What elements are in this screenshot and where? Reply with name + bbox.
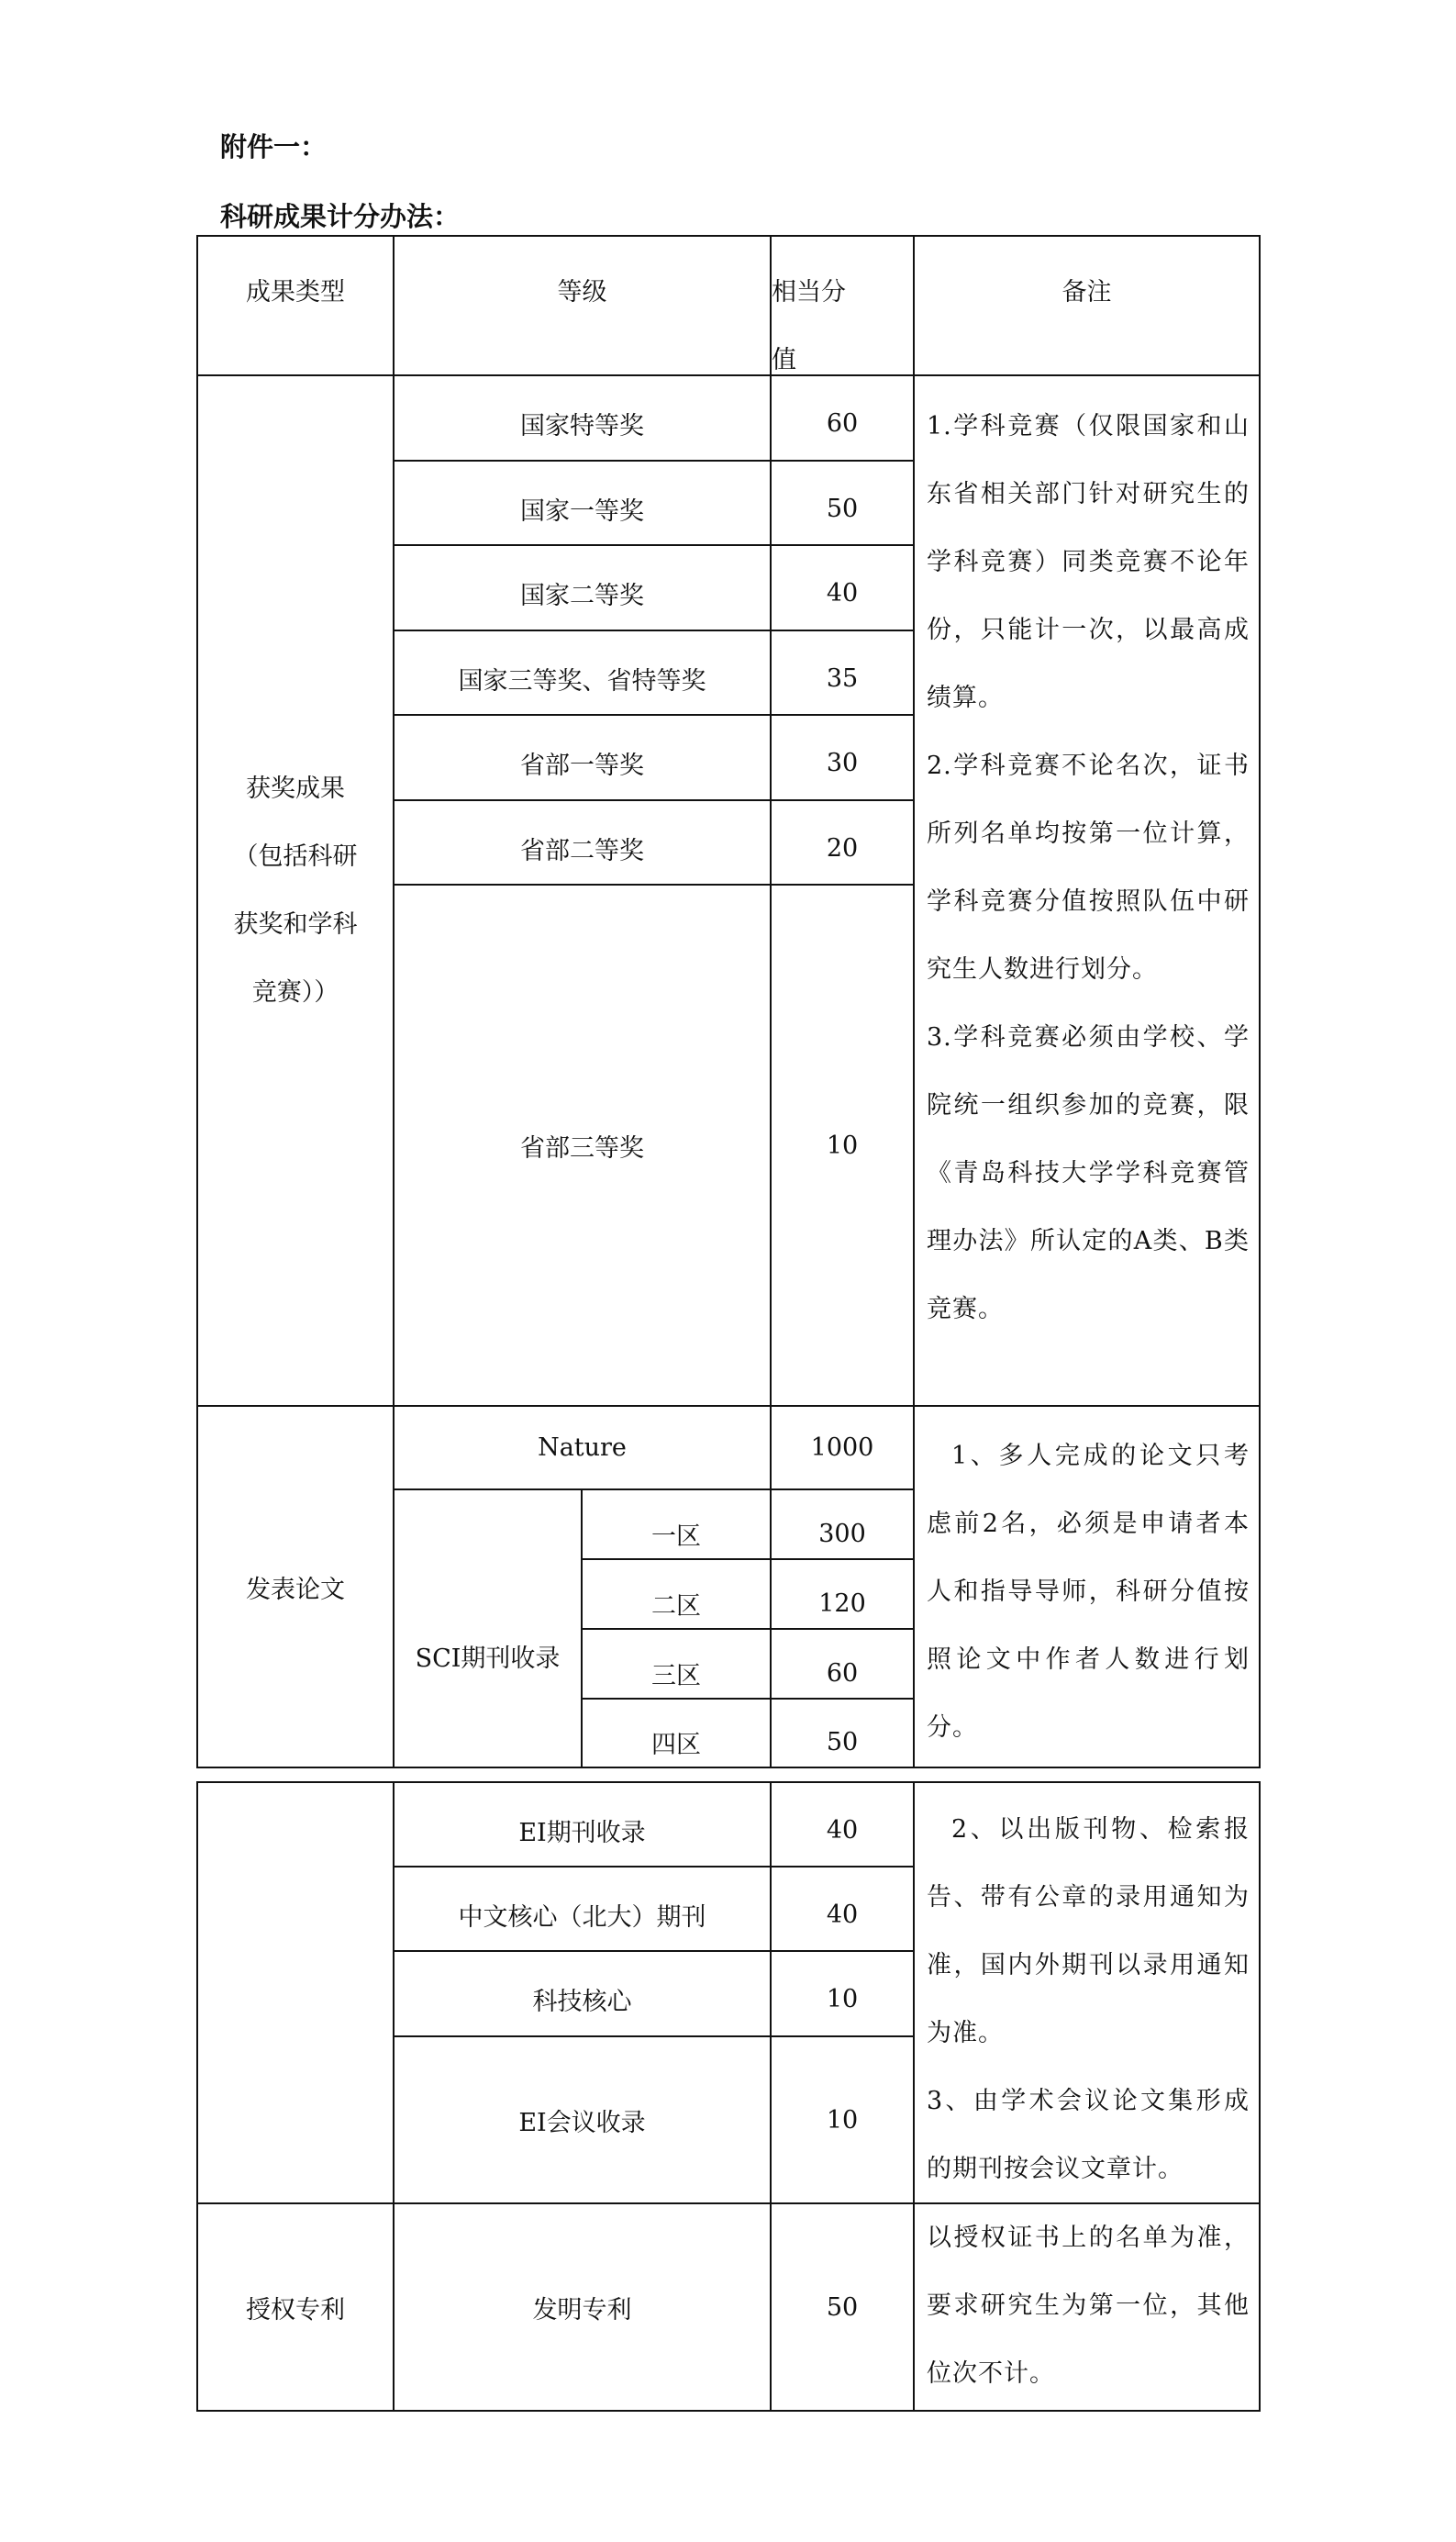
award-level: 省部二等奖 — [395, 801, 770, 884]
award-level: 国家一等奖 — [395, 462, 770, 544]
awards-notes: 1.学科竞赛（仅限国家和山东省相关部门针对研究生的学科竞赛）同类竞赛不论年份，只… — [927, 393, 1250, 1343]
category-awards: 获奖成果 （包括科研 获奖和学科 竞赛）） — [198, 376, 393, 1405]
sci-zone: 二区 — [583, 1560, 770, 1628]
award-score: 35 — [772, 631, 913, 714]
page-title: 科研成果计分办法： — [220, 196, 460, 234]
paper-score: 10 — [772, 2037, 913, 2202]
sci-zone-score: 120 — [772, 1560, 913, 1628]
patents-notes: 以授权证书上的名单为准，要求研究生为第一位，其他位次不计。 — [927, 2204, 1250, 2408]
paper-score: 40 — [772, 1867, 913, 1950]
patent-score: 50 — [772, 2204, 913, 2410]
note-item: 2、以出版刊物、检索报告、带有公章的录用通知为准，国内外期刊以录用通知为准。 — [927, 1796, 1250, 2068]
papers-notes: 1、多人完成的论文只考虑前2名，必须是申请者本人和指导导师，科研分值按照论文中作… — [927, 1422, 1250, 1762]
paper-level: EI期刊收录 — [395, 1783, 770, 1866]
header-score: 相当分 值 — [772, 237, 913, 374]
note-item: 3、由学术会议论文集形成的期刊按会议文章计。 — [927, 2068, 1250, 2203]
sci-zone: 三区 — [583, 1630, 770, 1698]
sci-zone-score: 60 — [772, 1630, 913, 1698]
patent-level: 发明专利 — [395, 2204, 770, 2410]
sci-zone-score: 300 — [772, 1490, 913, 1558]
award-level: 国家特等奖 — [395, 376, 770, 460]
award-score: 30 — [772, 716, 913, 799]
header-type: 成果类型 — [198, 237, 393, 374]
award-score: 50 — [772, 462, 913, 544]
header-notes: 备注 — [915, 237, 1259, 374]
header-score-line1: 相当分 — [772, 259, 846, 327]
category-patents: 授权专利 — [198, 2204, 393, 2410]
note-item: 1.学科竞赛（仅限国家和山东省相关部门针对研究生的学科竞赛）同类竞赛不论年份，只… — [927, 393, 1250, 732]
note-item: 以授权证书上的名单为准，要求研究生为第一位，其他位次不计。 — [927, 2204, 1250, 2408]
paper-level: EI会议收录 — [395, 2037, 770, 2202]
award-score: 20 — [772, 801, 913, 884]
sci-zone-score: 50 — [772, 1700, 913, 1767]
header-level: 等级 — [395, 237, 770, 374]
note-item: 1、多人完成的论文只考虑前2名，必须是申请者本人和指导导师，科研分值按照论文中作… — [927, 1422, 1250, 1762]
award-score: 10 — [772, 886, 913, 1405]
category-papers: 发表论文 — [198, 1407, 393, 1767]
attachment-label: 附件一： — [220, 127, 327, 164]
award-score: 40 — [772, 546, 913, 630]
award-level: 国家二等奖 — [395, 546, 770, 630]
sci-zone: 四区 — [583, 1700, 770, 1767]
paper-level: 科技核心 — [395, 1952, 770, 2035]
paper-score: 10 — [772, 1952, 913, 2035]
papers-continued-notes: 2、以出版刊物、检索报告、带有公章的录用通知为准，国内外期刊以录用通知为准。 3… — [927, 1796, 1250, 2203]
paper-score-nature: 1000 — [772, 1407, 913, 1488]
award-level: 省部三等奖 — [395, 886, 770, 1405]
sci-label: SCI期刊收录 — [395, 1490, 581, 1767]
paper-score: 40 — [772, 1783, 913, 1866]
award-level: 省部一等奖 — [395, 716, 770, 799]
note-item: 3.学科竞赛必须由学校、学院统一组织参加的竞赛，限《青岛科技大学学科竞赛管理办法… — [927, 1004, 1250, 1343]
award-score: 60 — [772, 376, 913, 460]
note-item: 2.学科竞赛不论名次，证书所列名单均按第一位计算，学科竞赛分值按照队伍中研究生人… — [927, 732, 1250, 1004]
paper-level: 中文核心（北大）期刊 — [395, 1867, 770, 1950]
award-level: 国家三等奖、省特等奖 — [395, 631, 770, 714]
sci-zone: 一区 — [583, 1490, 770, 1558]
paper-level-nature: Nature — [395, 1407, 770, 1488]
